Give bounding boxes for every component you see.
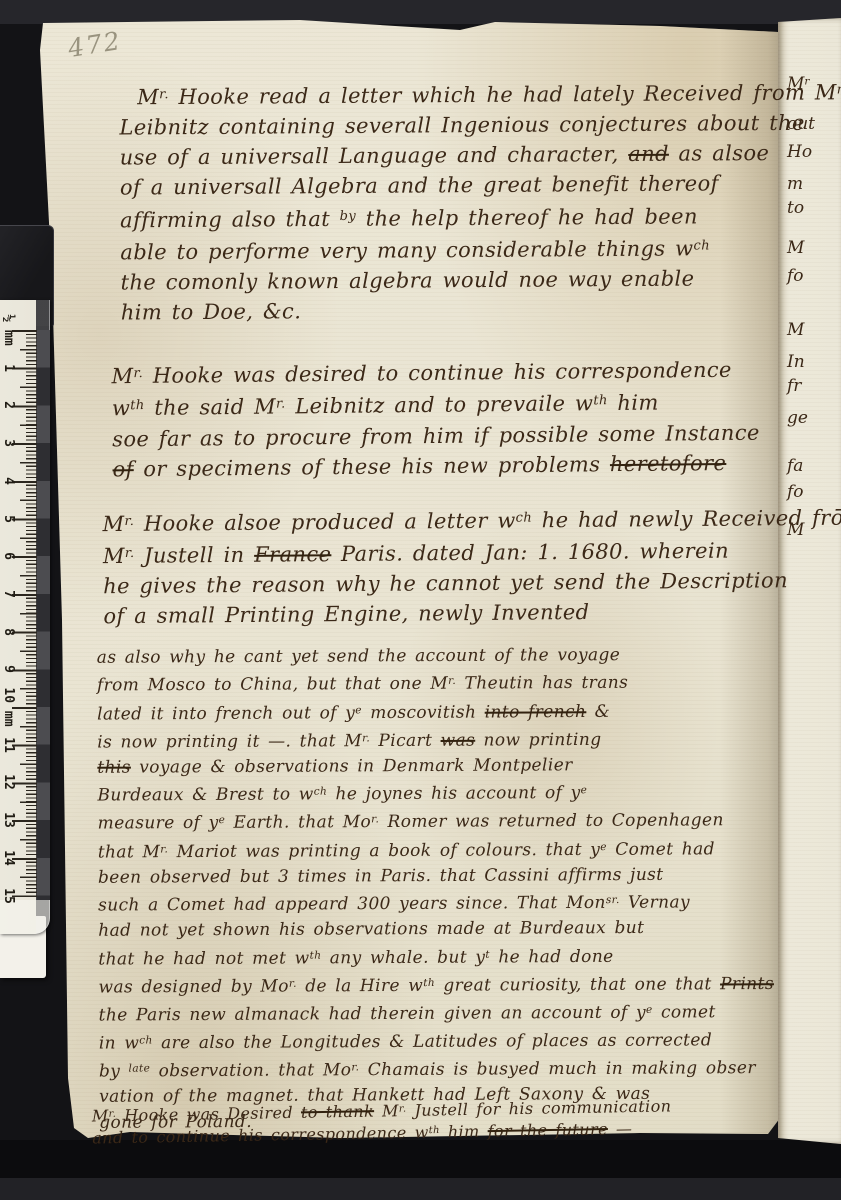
ruler-cm-label: 13: [1, 812, 16, 828]
manuscript-line: Leibnitz containing severall Ingenious c…: [119, 108, 841, 143]
manuscript-line: in wch are also the Longitudes & Latitud…: [99, 1025, 775, 1057]
ruler-cm-label: 15: [1, 888, 16, 904]
manuscript-line: as also why he cant yet send the account…: [97, 642, 773, 671]
ruler-cm-label: 12: [1, 775, 16, 791]
ruler-cm-label: 8: [1, 628, 16, 636]
manuscript-line: from Mosco to China, but that one Mr. Th…: [97, 668, 773, 700]
manuscript-line: Mr. Hooke read a letter which he had lat…: [119, 75, 841, 112]
ruler-cm-label: 11: [1, 737, 16, 753]
manuscript-line: this voyage & observations in Denmark Mo…: [97, 752, 773, 781]
ruler-checker-strip: [37, 330, 50, 900]
manuscript-line: able to performe very many considerable …: [120, 230, 841, 267]
entry-thanks-justell: Mr. Hooke was Desired to thank Mr. Juste…: [92, 1095, 672, 1149]
manuscript-line: lated it into french out of ye moscoviti…: [97, 696, 773, 728]
manuscript-line: of a small Printing Engine, newly Invent…: [103, 594, 841, 630]
ruler-inner-scale-label: 8: [0, 884, 1, 889]
manuscript-line: the Paris new almanack had therein given…: [99, 997, 775, 1029]
entry-hooke-leibnitz-letter: Mr. Hooke read a letter which he had lat…: [119, 75, 841, 327]
manuscript-photo: { "page_number": "472", "colors": { "bac…: [0, 0, 841, 1200]
entry-justell-letter: Mr. Hooke alsoe produced a letter wch he…: [102, 501, 841, 631]
ruler-cm-label: 6: [1, 552, 16, 560]
ruler-inner-scale-label: 4: [0, 828, 1, 833]
ruler-clear-end: [0, 900, 50, 934]
manuscript-line: use of a universall Language and charact…: [120, 138, 841, 173]
ruler-scale: ½ mm12345678910 mm11121314152468: [0, 300, 50, 934]
ruler-cm-label: ½ mm: [1, 314, 16, 345]
ruler-cm-label: 3: [1, 439, 16, 447]
manuscript-line: measure of ye Earth. that Mor. Romer was…: [98, 806, 774, 838]
manuscript-line: by late observation. that Mor. Chamais i…: [99, 1053, 775, 1085]
manuscript-line: of or specimens of these his new problem…: [112, 448, 760, 485]
manuscript-line: him to Doe, &c.: [121, 292, 841, 327]
manuscript-line: is now printing it —. that Mr. Picart wa…: [97, 724, 773, 756]
manuscript-line: that he had not met wth any whale. but y…: [98, 941, 774, 973]
ruler-inner-scale-label: 2: [0, 792, 1, 797]
manuscript-line: Mr. Hooke alsoe produced a letter wch he…: [102, 501, 841, 539]
manuscript-line: been observed but 3 times in Paris. that…: [98, 862, 774, 891]
manuscript-line: of a universall Algebra and the great be…: [120, 168, 841, 203]
manuscript-line: he gives the reason why he cannot yet se…: [103, 564, 841, 600]
ruler-cm-label: 2: [1, 401, 16, 409]
entry-hooke-correspondence: Mr. Hooke was desired to continue his co…: [111, 353, 760, 485]
ruler-cm-label: 10 mm: [1, 687, 16, 726]
manuscript-line: had not yet shown his observations made …: [98, 915, 774, 944]
manuscript-text: 472 Mr. Hooke read a letter which he had…: [0, 0, 841, 1200]
ruler-cm-label: 1: [1, 364, 16, 372]
ruler-cm-label: 14: [1, 850, 16, 866]
ruler-cm-label: 5: [1, 515, 16, 523]
manuscript-line: such a Comet had appeard 300 years since…: [98, 887, 774, 919]
ruler-cm-label: 7: [1, 590, 16, 598]
manuscript-line: affirming also that by the help thereof …: [120, 198, 841, 235]
ruler-cm-label: 9: [1, 665, 16, 673]
ruler-inner-scale-label: 6: [0, 856, 1, 861]
manuscript-line: the comonly known algebra would noe way …: [120, 262, 841, 297]
entry-paris-news: as also why he cant yet send the account…: [97, 642, 775, 1136]
manuscript-line: Burdeaux & Brest to wch he joynes his ac…: [97, 777, 773, 809]
ruler-cm-label: 4: [1, 477, 16, 485]
photographic-scale-ruler: ½ mm12345678910 mm11121314152468: [0, 0, 80, 1200]
manuscript-line: that Mr. Mariot was printing a book of c…: [98, 834, 774, 866]
manuscript-line: was designed by Mor. de la Hire wth grea…: [98, 969, 774, 1001]
